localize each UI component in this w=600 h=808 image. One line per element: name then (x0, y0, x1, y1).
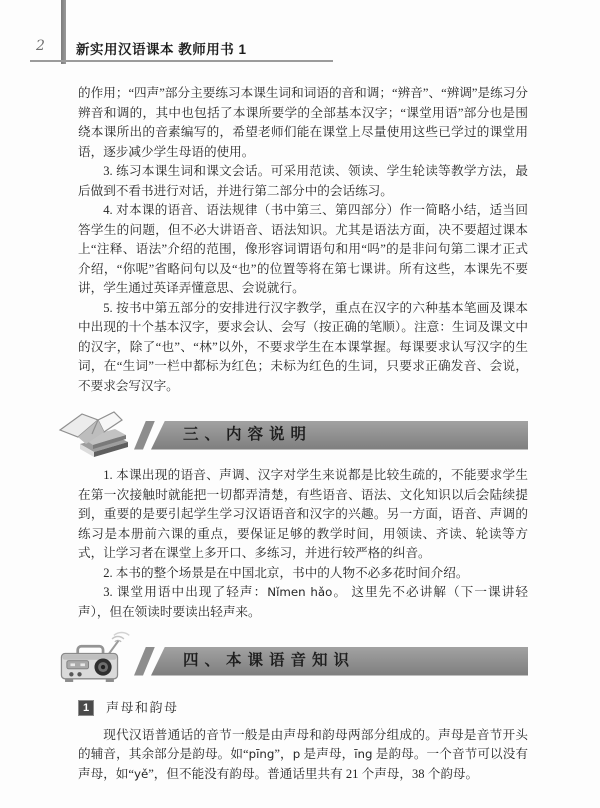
section-header-content: 三、内容说明 (56, 406, 528, 458)
section-banner: 四、本课语音知识 (134, 647, 528, 676)
section-title-phonetics: 四、本课语音知识 (183, 651, 355, 671)
page-content: 的作用；“四声”部分主要练习本课生词和词语的音和调；“辨音”、“辨调”是练习分辨… (78, 84, 528, 784)
paragraph-step-3: 3. 练习本课生词和课文会话。可采用范读、领读、学生轮读等教学方法，最后做到不看… (78, 162, 528, 201)
subsection-title: 声母和韵母 (106, 698, 179, 718)
qingsheng-text-before: 3. 课堂用语中出现了轻声： (103, 585, 267, 599)
subsection-number-badge: 1 (78, 700, 94, 716)
radio-icon (56, 629, 132, 687)
book-page: 2 新实用汉语课本 教师用书 1 的作用；“四声”部分主要练习本课生词和词语的音… (0, 0, 600, 808)
content-paragraph-2: 2. 本书的整个场景是在中国北京，书中的人物不必多花时间介绍。 (78, 564, 528, 584)
banner-bar: 四、本课语音知识 (151, 647, 528, 676)
pinyin-segment: yě (134, 767, 148, 781)
page-number: 2 (36, 38, 45, 54)
header-title: 新实用汉语课本 教师用书 1 (76, 38, 247, 58)
paragraph-continuation: 的作用；“四声”部分主要练习本课生词和词语的音和调；“辨音”、“辨调”是练习分辨… (78, 84, 528, 162)
qingsheng-pinyin: Nǐmen hǎo (267, 585, 332, 599)
header-rule (30, 60, 333, 62)
paragraph-step-5: 5. 按书中第五部分的安排进行汉字教学，重点在汉字的六种基本笔画及课本中出现的十… (78, 299, 528, 397)
paragraph-step-4: 4. 对本课的语音、语法规律（书中第三、第四部分）作一简略小结，适当回答学生的问… (78, 201, 528, 299)
page-header: 2 新实用汉语课本 教师用书 1 (0, 0, 600, 64)
header-divider-bar (61, 0, 66, 64)
books-icon (56, 406, 132, 458)
banner-bar: 三、内容说明 (151, 421, 528, 450)
content-paragraph-1: 1. 本课出现的语音、声调、汉字对学生来说都是比较生疏的，不能要求学生在第一次接… (78, 466, 528, 564)
section-header-phonetics: 四、本课语音知识 (56, 632, 528, 684)
phonetics-text-segment: ”，但不能没有韵母。普通话里共有 21 个声母，38 个韵母。 (148, 767, 478, 781)
phonetics-text-segment: ”， (274, 747, 292, 761)
section-title-content: 三、内容说明 (183, 425, 312, 445)
phonetics-text-segment: 是声母， (300, 747, 354, 761)
content-paragraph-3: 3. 课堂用语中出现了轻声：Nǐmen hǎo。 这里先不必讲解（下一课讲轻声）… (78, 583, 528, 622)
pinyin-segment: īng (354, 747, 372, 761)
pinyin-segment: pīng (249, 747, 275, 761)
phonetics-paragraph: 现代汉语普通话的音节一般是由声母和韵母两部分组成的。声母是音节开头的辅音，其余部… (78, 726, 528, 785)
section-banner: 三、内容说明 (134, 421, 528, 450)
subsection-heading: 1 声母和韵母 (78, 698, 528, 718)
